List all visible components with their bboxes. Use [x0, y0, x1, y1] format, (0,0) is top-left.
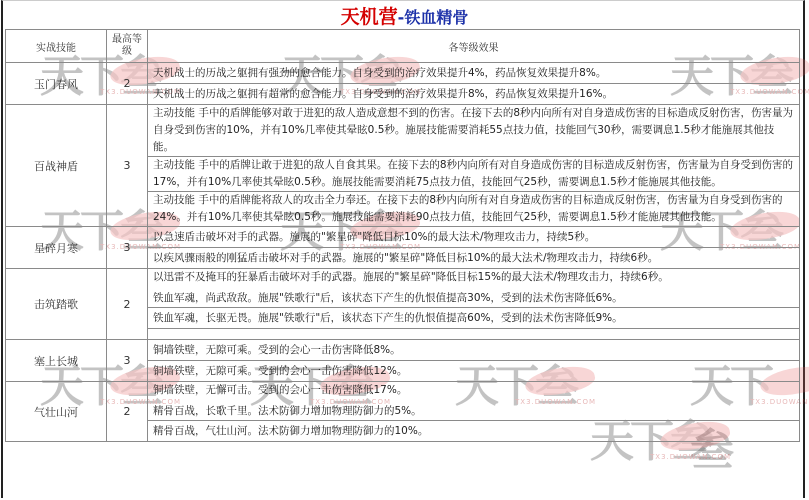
skill-name: 气壮山河 [6, 382, 107, 442]
title-sub: 铁血精骨 [404, 8, 468, 27]
skill-max-level: 3 [107, 105, 148, 227]
skill-effect-line: 铁血军魂，尚武敌敌。施展"铁歌行"后，该状态下产生的仇恨值提高30%，受到的法术… [153, 290, 794, 307]
skill-max-level: 2 [107, 63, 148, 105]
table-row: 百战神盾 3 主动技能 手中的盾牌能够对敢于进犯的敌人造成意想不到的伤害。在接下… [6, 105, 800, 157]
skill-effect-line: 精骨百战，长歌千里。法术防御力增加物理防御力的5%。 [153, 403, 794, 420]
skill-effect-line: 铜墙铁壁，无懈可击。受到的会心一击伤害降低17%。 [153, 382, 794, 399]
skill-effect: 铜墙铁壁，无隙可乘。受到的会心一击伤害降低12%。 [148, 361, 800, 382]
table-row: 星碎月寒 3 以急速盾击破坏对手的武器。施展的"繁星碎"降低目标10%的最大法术… [6, 227, 800, 248]
skill-name: 击筑踏歌 [6, 269, 107, 340]
table-row: 气壮山河 2 铜墙铁壁，无懈可击。受到的会心一击伤害降低17%。 精骨百战，长歌… [6, 382, 800, 421]
table-header-row: 实战技能 最高等级 各等级效果 [6, 30, 800, 63]
skill-effect: 铜墙铁壁，无隙可乘。受到的会心一击伤害降低8%。 [148, 340, 800, 361]
skill-max-level: 3 [107, 227, 148, 269]
table-row: 击筑踏歌 2 以迅雷不及掩耳的狂暴盾击破坏对手的武器。施展的"繁星碎"降低目标1… [6, 269, 800, 308]
skill-name: 塞上长城 [6, 340, 107, 382]
skill-effect: 以急速盾击破坏对手的武器。施展的"繁星碎"降低目标10%的最大法术/物理攻击力，… [148, 227, 800, 248]
skill-name: 百战神盾 [6, 105, 107, 227]
skill-effect: 主动技能 手中的盾牌让敢于进犯的敌人自食其果。在接下去的8秒内向所有对自身造成伤… [148, 157, 800, 192]
skill-effect: 铜墙铁壁，无懈可击。受到的会心一击伤害降低17%。 精骨百战，长歌千里。法术防御… [148, 382, 800, 421]
skill-effect: 以迅雷不及掩耳的狂暴盾击破坏对手的武器。施展的"繁星碎"降低目标15%的最大法术… [148, 269, 800, 308]
skill-effect: 主动技能 手中的盾牌能够对敢于进犯的敌人造成意想不到的伤害。在接下去的8秒内向所… [148, 105, 800, 157]
skill-name: 星碎月寒 [6, 227, 107, 269]
header-max-level: 最高等级 [107, 30, 148, 63]
page-title: 天机营-铁血精骨 [0, 6, 809, 29]
title-main: 天机营 [341, 6, 398, 28]
skill-name: 玉门春风 [6, 63, 107, 105]
skill-max-level: 2 [107, 382, 148, 442]
header-effects: 各等级效果 [148, 30, 800, 63]
skill-max-level: 3 [107, 340, 148, 382]
skills-table: 实战技能 最高等级 各等级效果 玉门春风 2 天机战士的历战之躯拥有强劲的愈合能… [5, 29, 800, 442]
table-row: 玉门春风 2 天机战士的历战之躯拥有强劲的愈合能力。自身受到的治疗效果提升4%，… [6, 63, 800, 84]
table-row: 塞上长城 3 铜墙铁壁，无隙可乘。受到的会心一击伤害降低8%。 [6, 340, 800, 361]
skill-effect: 天机战士的历战之躯拥有强劲的愈合能力。自身受到的治疗效果提升4%，药品恢复效果提… [148, 63, 800, 84]
skill-effect-line: 以迅雷不及掩耳的狂暴盾击破坏对手的武器。施展的"繁星碎"降低目标15%的最大法术… [153, 269, 794, 286]
skill-max-level: 2 [107, 269, 148, 340]
skill-effect: 精骨百战，气壮山河。法术防御力增加物理防御力的10%。 [148, 421, 800, 442]
skill-effect: 主动技能 手中的盾牌能将敌人的攻击全力奉还。在接下去的8秒内向所有对自身造成伤害… [148, 192, 800, 227]
skill-effect: 以疾风骤雨般的刚猛盾击破坏对手的武器。施展的"繁星碎"降低目标10%的最大法术/… [148, 248, 800, 269]
skill-effect: 天机战士的历战之躯拥有超常的愈合能力。自身受到的治疗效果提升8%，药品恢复效果提… [148, 84, 800, 105]
skill-effect-spacer [148, 329, 800, 340]
skill-effect: 铁血军魂，长驱无畏。施展"铁歌行"后，该状态下产生的仇恨值提高60%，受到的法术… [148, 308, 800, 329]
header-skill: 实战技能 [6, 30, 107, 63]
